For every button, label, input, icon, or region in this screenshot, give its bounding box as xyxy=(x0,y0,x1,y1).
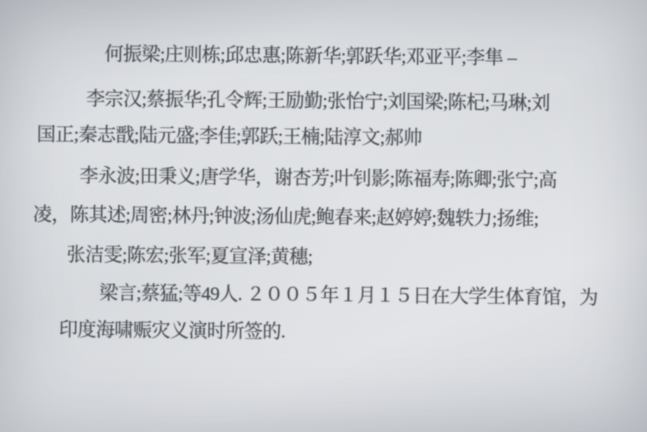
document-line-4: 李永波;田秉义;唐学华，谢杏芳;叶钊影;陈福寿;陈卿;张宁;高 xyxy=(79,161,557,193)
document-line-2: 李宗汉;蔡振华;孔令辉;王励勤;张怡宁;刘国梁;陈杞;马琳;刘 xyxy=(86,84,550,115)
document-line-3: 国正;秦志戬;陆元盛;李佳;郭跃;王楠;陆淳文;郝帅 xyxy=(37,119,422,150)
document-line-5: 凌，陈其述;周密;林丹;钟波;汤仙虎;鲍春来;赵婷婷;魏轶力;扬维; xyxy=(33,199,539,231)
document-line-7: 梁言;蔡猛;等49人. ２００５年１月１５日在大学生体育馆，为 xyxy=(99,278,598,310)
document-line-8: 印度海啸赈灾义演时所签的. xyxy=(59,314,286,343)
document-photo: 何振梁;庄则栋;邱忠惠;陈新华;郭跃华;邓亚平;李隼 – 李宗汉;蔡振华;孔令辉… xyxy=(0,0,647,432)
document-line-1: 何振梁;庄则栋;邱忠惠;陈新华;郭跃华;邓亚平;李隼 – xyxy=(104,39,516,70)
document-text-block: 何振梁;庄则栋;邱忠惠;陈新华;郭跃华;邓亚平;李隼 – 李宗汉;蔡振华;孔令辉… xyxy=(0,0,647,432)
document-line-6: 张洁雯;陈宏;张军;夏宣泽;黄穗; xyxy=(67,240,313,269)
